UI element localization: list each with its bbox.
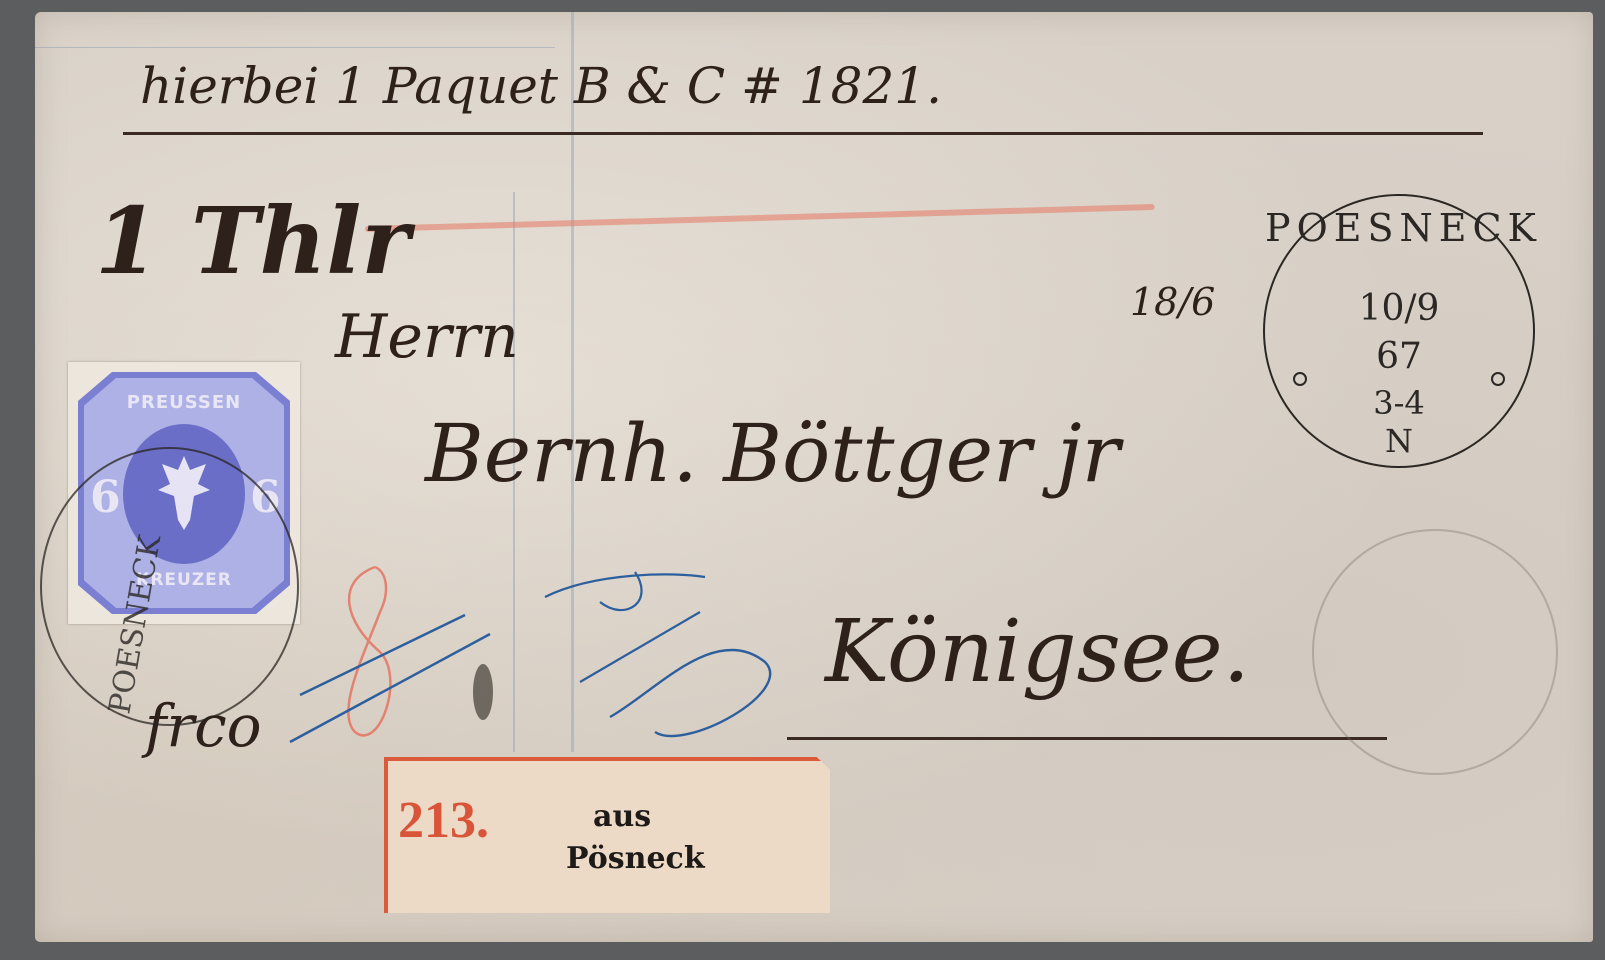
- postmark-right: POESNECK 10/9 67 3-4 N: [1263, 194, 1535, 468]
- postmark-town: POESNECK: [1265, 206, 1533, 250]
- stamp-country: PREUSSEN: [68, 392, 300, 413]
- document-sheet: hierbei 1 Paquet B & C # 1821. 1 Thlr He…: [35, 12, 1593, 942]
- postmark-dot-left: [1293, 372, 1307, 386]
- postmark-year: 67: [1265, 336, 1533, 377]
- postmark-suffix: N: [1265, 422, 1533, 460]
- postmark-dot-right: [1491, 372, 1505, 386]
- postmark-left: [40, 447, 299, 726]
- postmark-time: 3-4: [1265, 384, 1533, 422]
- registration-label: 213. aus Pösneck: [384, 757, 830, 913]
- registration-number: 213.: [398, 791, 489, 850]
- postmark-date: 10/9: [1265, 288, 1533, 329]
- label-from: aus: [593, 799, 651, 834]
- label-origin-town: Pösneck: [566, 841, 705, 876]
